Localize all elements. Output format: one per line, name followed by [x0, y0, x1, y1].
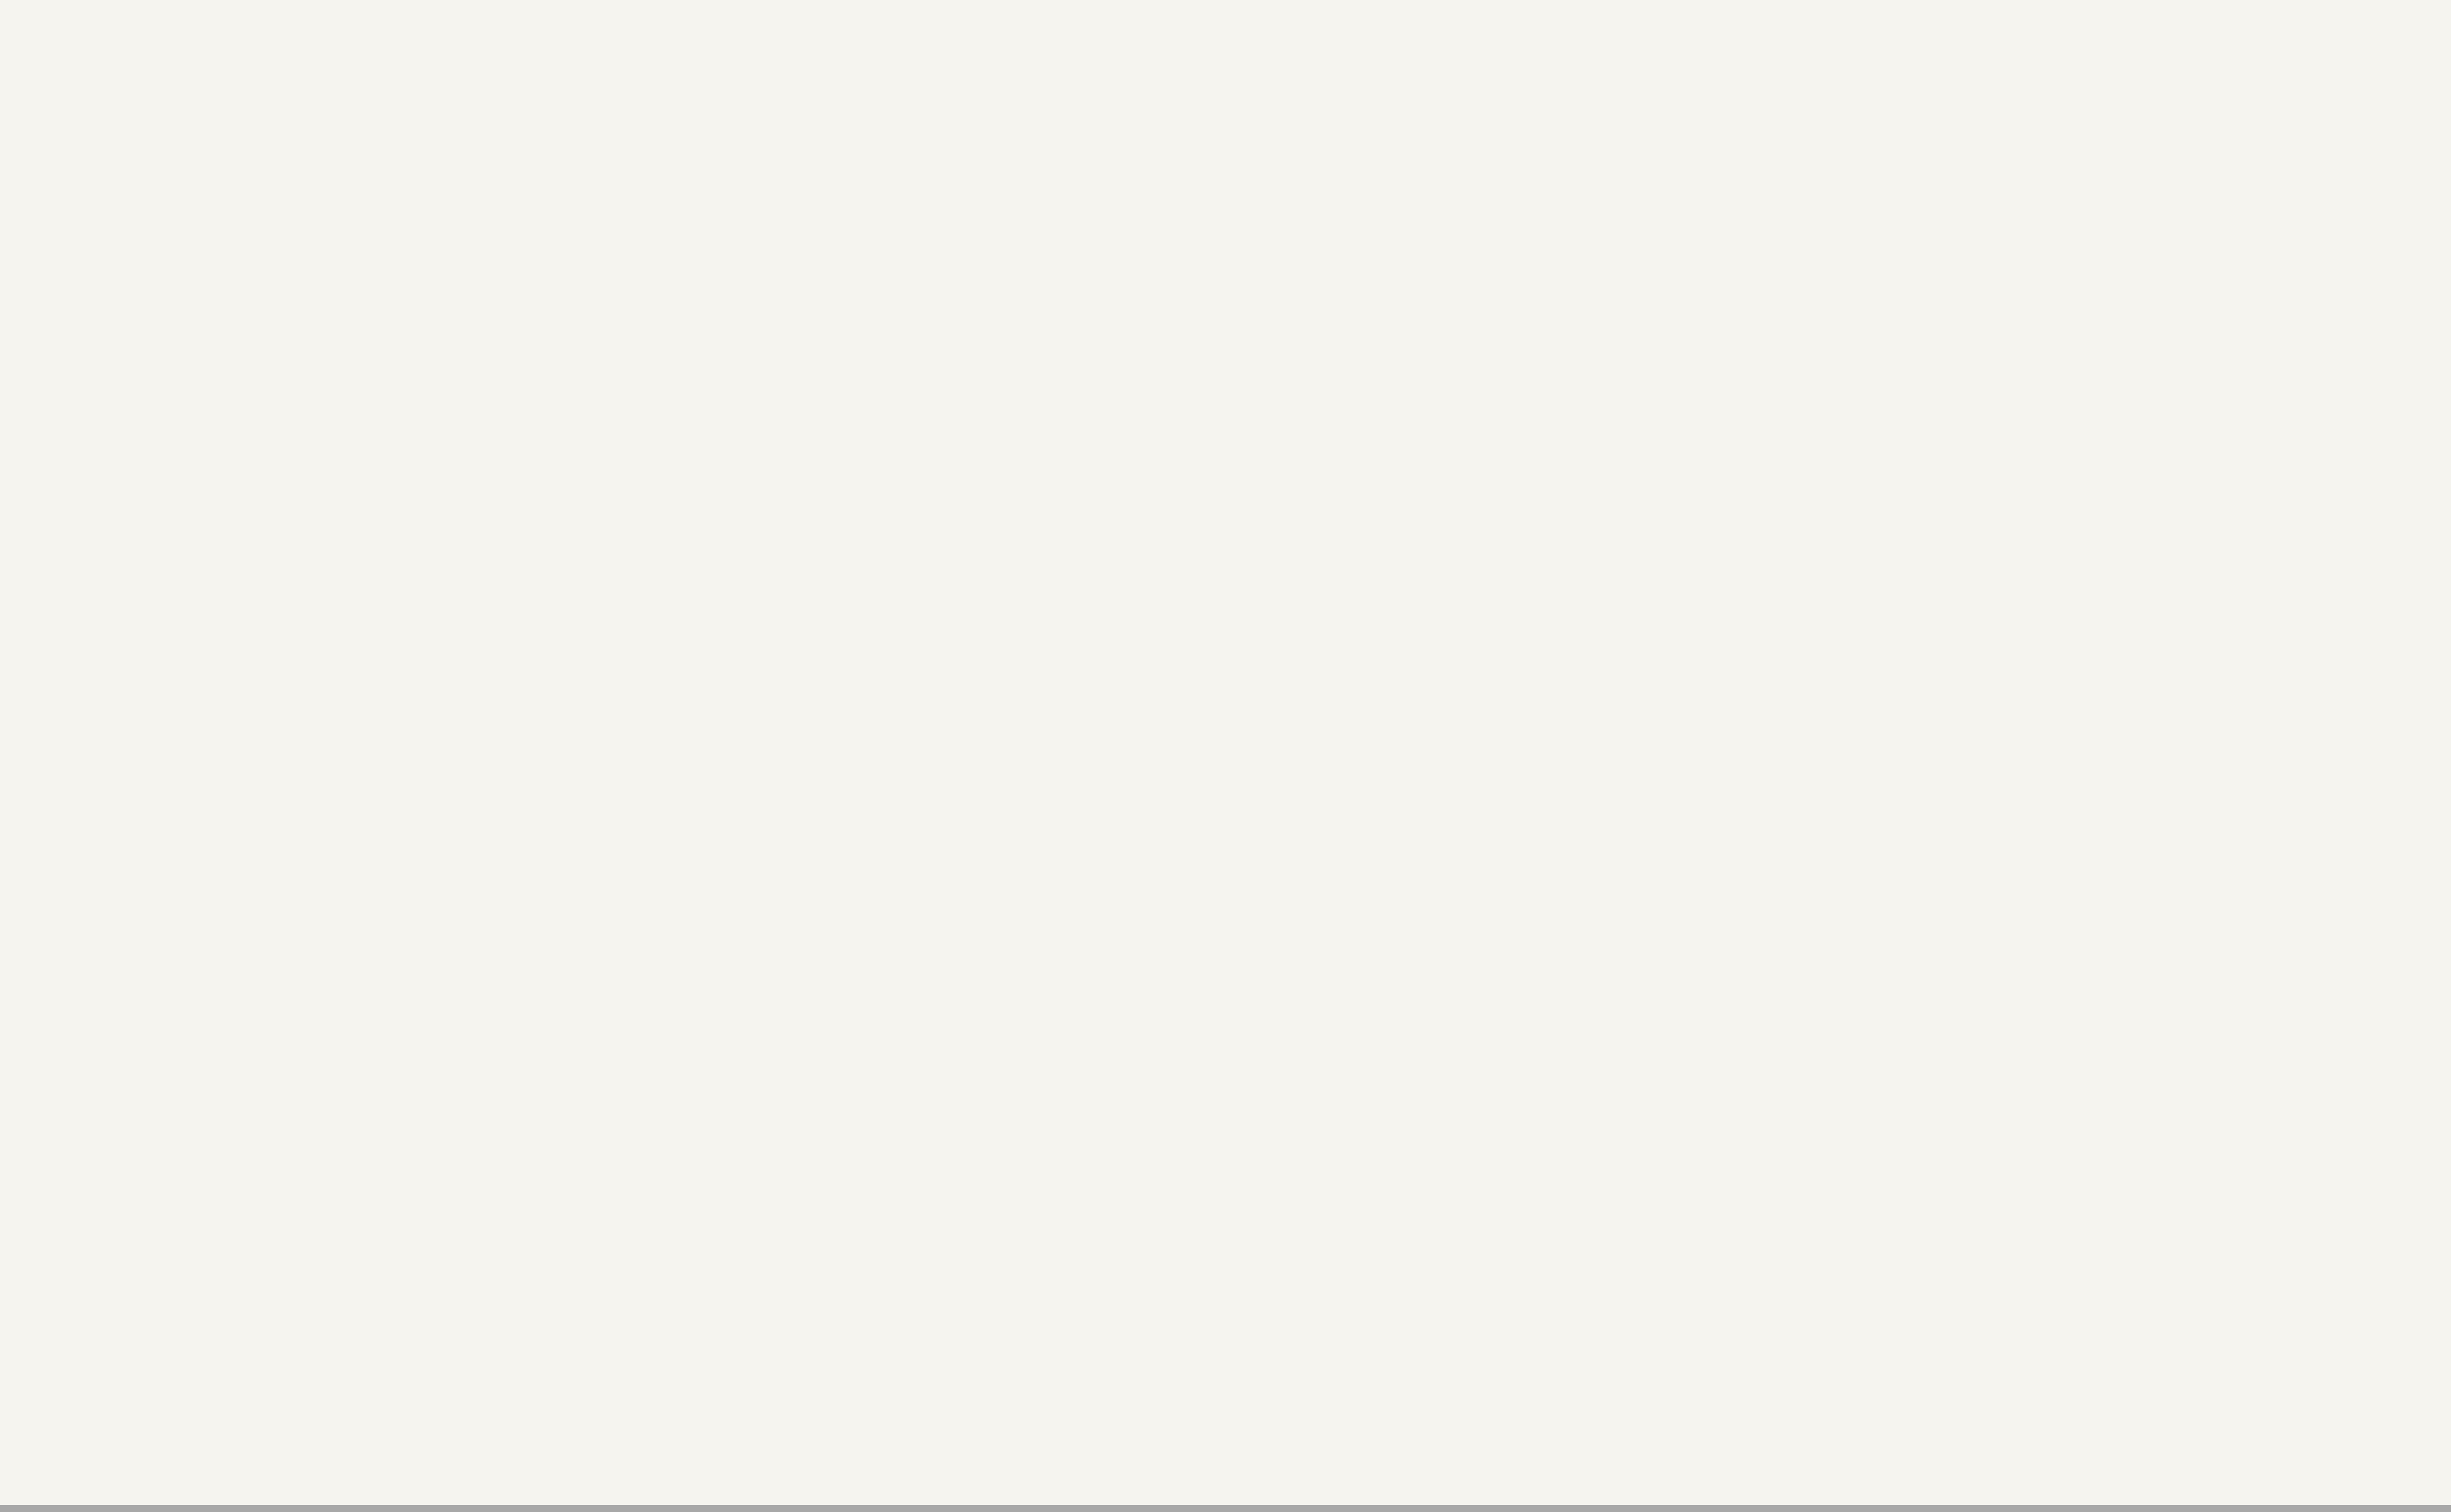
scan-edge — [0, 1505, 2451, 1512]
scanned-document-page — [0, 0, 2451, 1512]
table-rule-lines — [0, 0, 2451, 1512]
